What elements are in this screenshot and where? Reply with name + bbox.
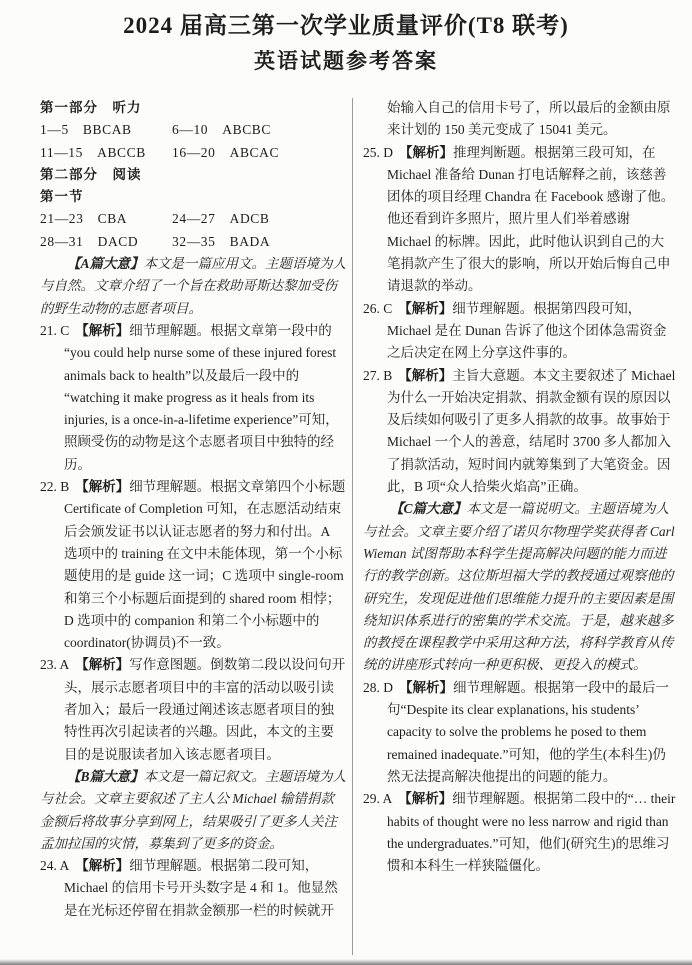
analysis-text: 写作意图题。倒数第二段以设问句开头，展示志愿者项目中的丰富的活动以吸引读者加入；… [64, 657, 345, 761]
question-number-and-answer: 26. C [363, 301, 392, 316]
analysis-marker: 【解析】 [399, 680, 453, 695]
answer-key-cell: 28—31 DACD [40, 231, 172, 253]
question-number-and-answer: 29. A [363, 791, 392, 806]
answer-key-row: 21—23 CBA24—27 ADCB [40, 208, 346, 230]
question-number-and-answer: 22. B [40, 479, 69, 494]
section-heading: 第一部分 听力 [40, 97, 346, 119]
question-number-and-answer: 28. D [363, 680, 393, 695]
analysis-text: 主旨大意题。本文主要叙述了 Michael 为什么一开始决定捐款、捐款金额有误的… [387, 368, 675, 494]
explanation-item: 21. C【解析】细节理解题。根据文章第一段中的“you could help … [40, 320, 346, 476]
summary-text: 本文是一篇说明文。主题语境为人与社会。文章主要介绍了诺贝尔物理学奖获得者 Car… [363, 501, 675, 672]
answer-key-cell: 21—23 CBA [40, 208, 172, 230]
explanation-item: 22. B【解析】细节理解题。根据文章第四个小标题 Certificate of… [40, 476, 346, 654]
answer-key-row: 11—15 ABCCB16—20 ABCAC [40, 142, 346, 164]
column-divider [352, 98, 353, 955]
analysis-marker: 【解析】 [75, 479, 129, 494]
explanation-item: 25. D【解析】推理判断题。根据第三段可知，在 Michael 准备给 Dun… [363, 142, 677, 298]
question-number-and-answer: 23. A [40, 657, 69, 672]
passage-summary: 【A篇大意】本文是一篇应用文。主题语境为人与自然。文章介绍了一个旨在救助哥斯达黎… [40, 253, 346, 320]
analysis-marker: 【解析】 [399, 145, 453, 160]
analysis-text: 细节理解题。根据文章第四个小标题 Certificate of Completi… [64, 479, 345, 650]
analysis-text: 细节理解题。根据第一段中的最后一句“Despite its clear expl… [387, 680, 669, 784]
analysis-marker: 【解析】 [398, 791, 452, 806]
analysis-marker: 【解析】 [75, 657, 129, 672]
explanation-item: 28. D【解析】细节理解题。根据第一段中的最后一句“Despite its c… [363, 677, 677, 788]
answer-key-cell: 1—5 BBCAB [40, 119, 172, 141]
summary-marker: 【A篇大意】 [67, 256, 144, 271]
page-title: 2024 届高三第一次学业质量评价(T8 联考) [0, 10, 692, 42]
answer-key-cell: 6—10 ABCBC [172, 119, 346, 141]
answer-key-row: 28—31 DACD32—35 BADA [40, 231, 346, 253]
explanation-item: 29. A【解析】细节理解题。根据第二段中的“… their habits of… [363, 788, 677, 877]
section-heading: 第二部分 阅读 [40, 164, 346, 186]
analysis-text: 推理判断题。根据第三段可知，在 Michael 准备给 Dunan 打电话解释之… [387, 145, 674, 294]
analysis-marker: 【解析】 [398, 368, 452, 383]
answer-key-page: 2024 届高三第一次学业质量评价(T8 联考) 英语试题参考答案 第一部分 听… [0, 0, 692, 965]
answer-key-cell: 11—15 ABCCB [40, 142, 172, 164]
page-subtitle: 英语试题参考答案 [0, 46, 692, 76]
passage-summary: 【B篇大意】本文是一篇记叙文。主题语境为人与社会。文章主要叙述了主人公 Mich… [40, 766, 346, 855]
section-heading: 第一节 [40, 186, 346, 208]
analysis-marker: 【解析】 [75, 858, 129, 873]
right-column: 始输入自己的信用卡号了，所以最后的金额由原来计划的 150 美元变成了 1504… [363, 97, 677, 877]
analysis-marker: 【解析】 [398, 301, 452, 316]
explanation-item: 26. C【解析】细节理解题。根据第四段可知，Michael 是在 Dunan … [363, 298, 677, 365]
explanation-item: 27. B【解析】主旨大意题。本文主要叙述了 Michael 为什么一开始决定捐… [363, 365, 677, 499]
analysis-text: 细节理解题。根据文章第一段中的“you could help nurse som… [64, 323, 339, 472]
page-header: 2024 届高三第一次学业质量评价(T8 联考) 英语试题参考答案 [0, 10, 692, 76]
left-column: 第一部分 听力1—5 BBCAB6—10 ABCBC11—15 ABCCB16—… [40, 97, 346, 922]
explanation-item: 24. A【解析】细节理解题。根据第二段可知，Michael 的信用卡号开头数字… [40, 855, 346, 922]
passage-summary: 【C篇大意】本文是一篇说明文。主题语境为人与社会。文章主要介绍了诺贝尔物理学奖获… [363, 498, 677, 676]
answer-key-cell: 16—20 ABCAC [172, 142, 346, 164]
item-continuation: 始输入自己的信用卡号了，所以最后的金额由原来计划的 150 美元变成了 1504… [363, 97, 677, 142]
answer-key-row: 1—5 BBCAB6—10 ABCBC [40, 119, 346, 141]
question-number-and-answer: 24. A [40, 858, 69, 873]
question-number-and-answer: 25. D [363, 145, 393, 160]
summary-marker: 【B篇大意】 [67, 769, 144, 784]
question-number-and-answer: 21. C [40, 323, 69, 338]
answer-key-cell: 32—35 BADA [172, 231, 346, 253]
analysis-marker: 【解析】 [75, 323, 129, 338]
explanation-item: 23. A【解析】写作意图题。倒数第二段以设问句开头，展示志愿者项目中的丰富的活… [40, 654, 346, 765]
question-number-and-answer: 27. B [363, 368, 392, 383]
summary-marker: 【C篇大意】 [390, 501, 467, 516]
answer-key-cell: 24—27 ADCB [172, 208, 346, 230]
